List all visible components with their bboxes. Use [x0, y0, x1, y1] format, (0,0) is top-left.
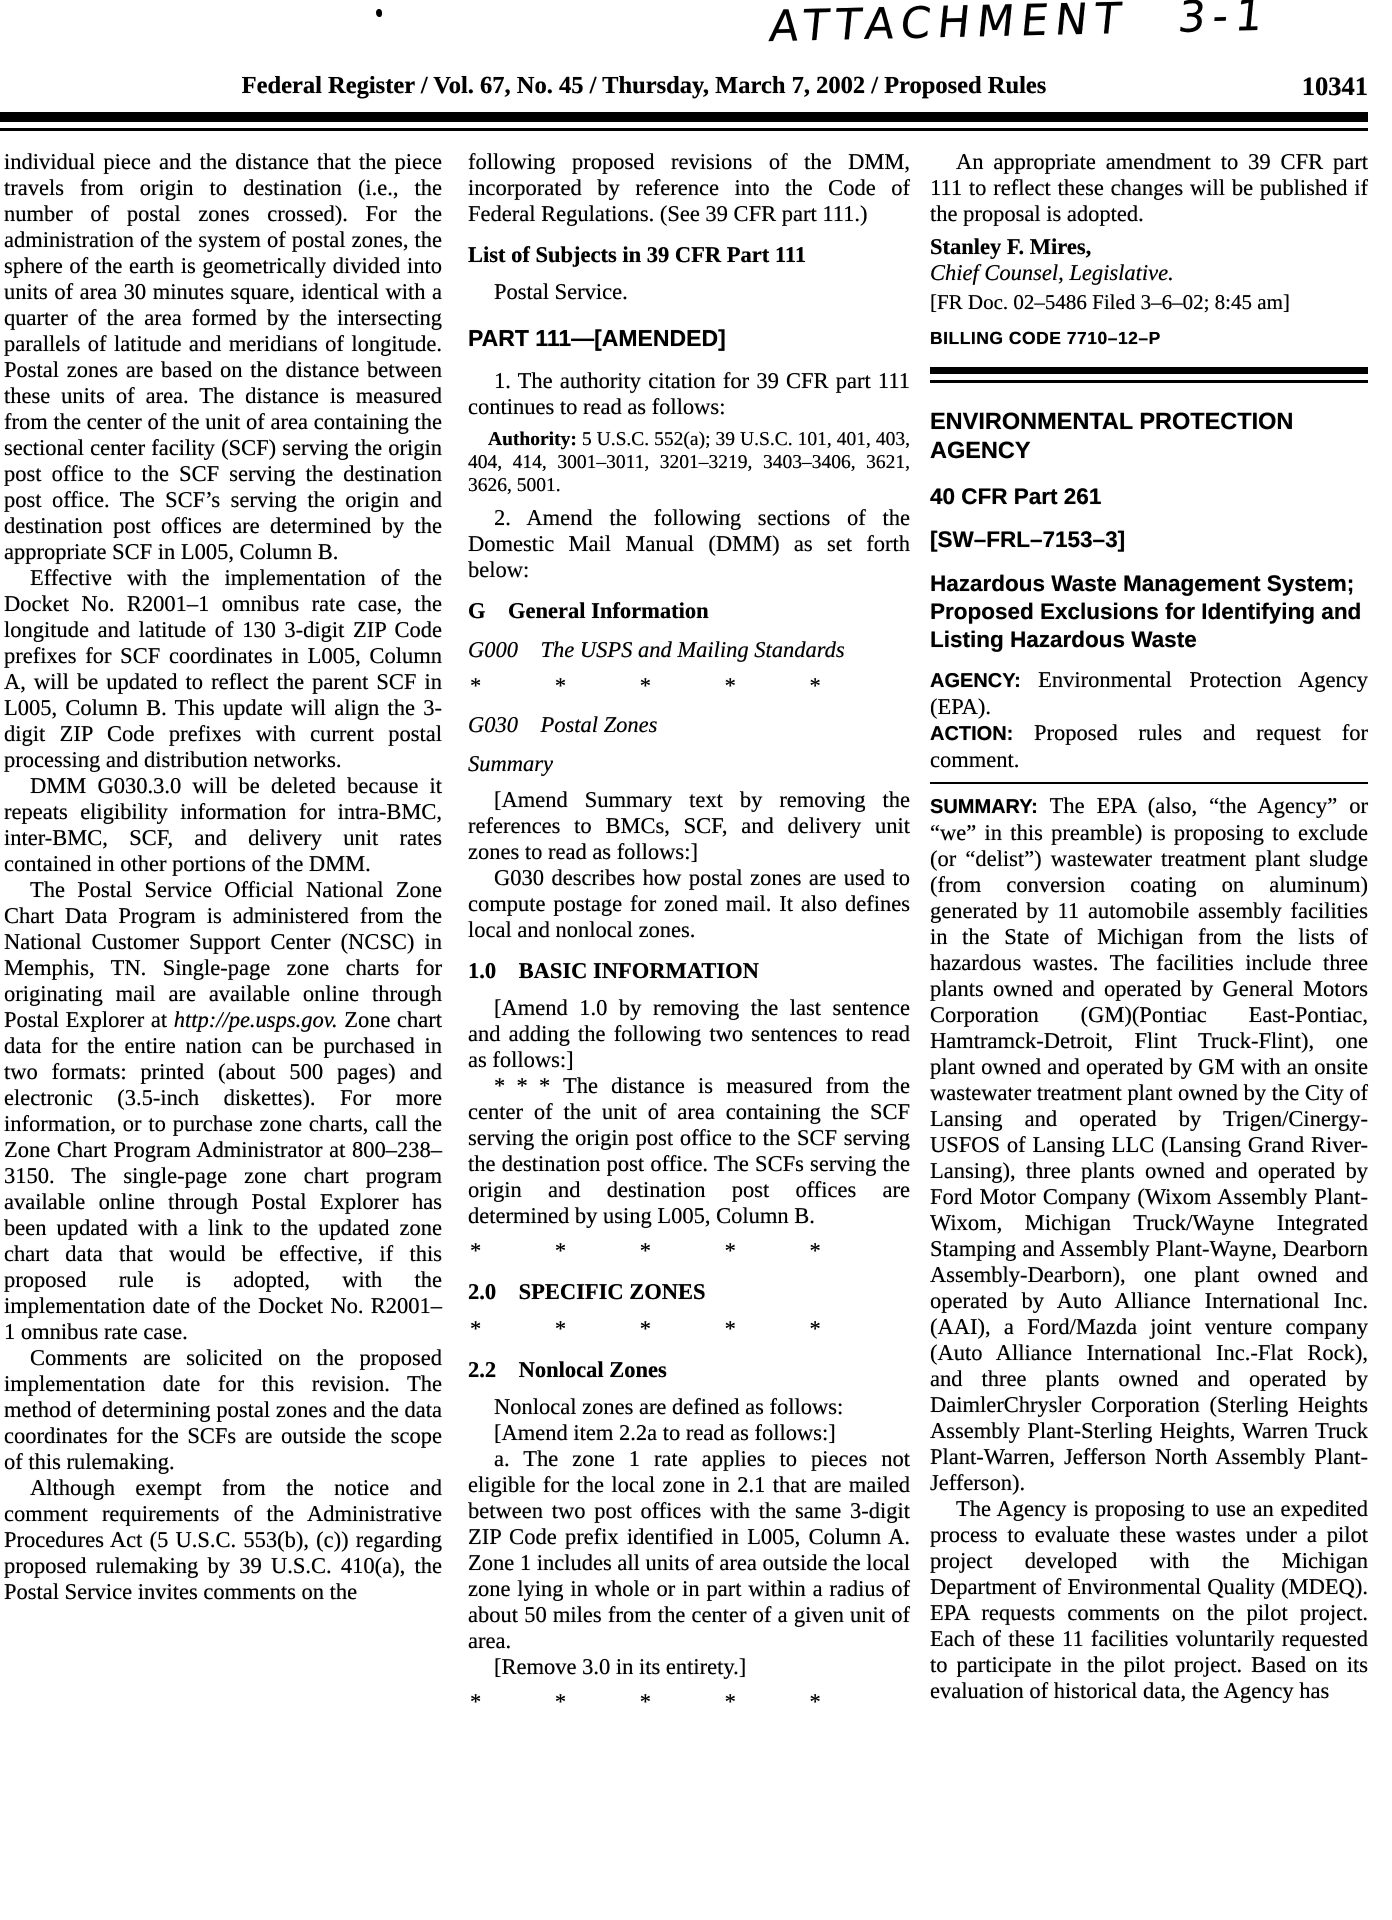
list-of-subjects-heading: List of Subjects in 39 CFR Part 111	[468, 242, 910, 268]
paragraph: The Agency is proposing to use an expedi…	[930, 1496, 1368, 1704]
handwritten-annotation: ATTACHMENT 3-1	[767, 0, 1392, 52]
stars-separator: * * * * *	[468, 1238, 910, 1264]
section-heading: 2.0 SPECIFIC ZONES	[468, 1279, 910, 1305]
right-column: An appropriate amendment to 39 CFR part …	[930, 149, 1368, 1704]
field-label: AGENCY:	[930, 670, 1038, 692]
agency-heading: ENVIRONMENTAL PROTECTION AGENCY	[930, 407, 1368, 465]
subject-term: Postal Service.	[468, 279, 910, 305]
paragraph: Comments are solicited on the proposed i…	[4, 1345, 442, 1475]
billing-code: BILLING CODE 7710–12–P	[930, 325, 1368, 351]
paragraph: An appropriate amendment to 39 CFR part …	[930, 149, 1368, 227]
amendment-instruction: [Amend item 2.2a to read as follows:]	[468, 1420, 910, 1446]
part-heading: PART 111—[AMENDED]	[468, 325, 910, 351]
signature-name: Stanley F. Mires,	[930, 234, 1368, 260]
field-label: ACTION:	[930, 723, 1034, 745]
text-run: http://pe.usps.gov.	[174, 1007, 338, 1032]
paragraph: a. The zone 1 rate applies to pieces not…	[468, 1446, 910, 1654]
subsection-heading: G030 Postal Zones	[468, 712, 910, 738]
cfr-part-heading: 40 CFR Part 261	[930, 484, 1368, 510]
paragraph: individual piece and the distance that t…	[4, 149, 442, 565]
stars-separator: * * * * *	[468, 1316, 910, 1342]
text-run: The EPA (also, “the Agency” or “we” in t…	[930, 793, 1368, 1495]
paragraph: * * * The distance is measured from the …	[468, 1073, 910, 1229]
text-run: Zone chart data for the entire nation ca…	[4, 1007, 442, 1344]
authority-note: Authority: 5 U.S.C. 552(a); 39 U.S.C. 10…	[468, 428, 910, 497]
amendment-instruction: [Remove 3.0 in its entirety.]	[468, 1654, 910, 1680]
subsection-heading: G000 The USPS and Mailing Standards	[468, 637, 910, 663]
summary-paragraph: SUMMARY: The EPA (also, “the Agency” or …	[930, 793, 1368, 1496]
docket-number: [SW–FRL–7153–3]	[930, 527, 1368, 553]
left-column: individual piece and the distance that t…	[4, 149, 442, 1605]
paragraph: Nonlocal zones are defined as follows:	[468, 1394, 910, 1420]
stars-separator: * * * * *	[468, 673, 910, 699]
paragraph: The Postal Service Official National Zon…	[4, 877, 442, 1345]
document-separator-rule	[930, 367, 1368, 383]
header-citation: Federal Register / Vol. 67, No. 45 / Thu…	[0, 72, 1288, 100]
amendment-instruction: 1. The authority citation for 39 CFR par…	[468, 368, 910, 420]
paragraph: G030 describes how postal zones are used…	[468, 865, 910, 943]
amendment-instruction: [Amend Summary text by removing the refe…	[468, 787, 910, 865]
text-run: Authority:	[488, 429, 577, 450]
agency-line: AGENCY: Environmental Protection Agency …	[930, 667, 1368, 720]
action-line: ACTION: Proposed rules and request for c…	[930, 720, 1368, 773]
header-rule-thick	[0, 112, 1368, 122]
amendment-instruction: 2. Amend the following sections of the D…	[468, 505, 910, 583]
fr-doc-line: [FR Doc. 02–5486 Filed 3–6–02; 8:45 am]	[930, 289, 1368, 315]
stars-separator: * * * * *	[468, 1689, 910, 1715]
header-rule-thin	[0, 128, 1368, 131]
section-heading: 1.0 BASIC INFORMATION	[468, 958, 910, 984]
ink-dot	[376, 9, 382, 17]
page-header: Federal Register / Vol. 67, No. 45 / Thu…	[0, 72, 1368, 106]
middle-column: following proposed revisions of the DMM,…	[468, 149, 910, 1726]
document-title: Hazardous Waste Management System; Propo…	[930, 570, 1368, 654]
paragraph: following proposed revisions of the DMM,…	[468, 149, 910, 227]
amendment-instruction: [Amend 1.0 by removing the last sentence…	[468, 995, 910, 1073]
subsection-heading: Summary	[468, 751, 910, 777]
journal-name: Federal Register	[242, 72, 415, 99]
issue-info: / Vol. 67, No. 45 / Thursday, March 7, 2…	[415, 72, 1047, 99]
section-heading: 2.2 Nonlocal Zones	[468, 1357, 910, 1383]
page-number: 10341	[1302, 71, 1368, 102]
paragraph: DMM G030.3.0 will be deleted because it …	[4, 773, 442, 877]
paragraph: Effective with the implementation of the…	[4, 565, 442, 773]
section-heading: G General Information	[468, 598, 910, 624]
field-label: SUMMARY:	[930, 796, 1050, 818]
paragraph: Although exempt from the notice and comm…	[4, 1475, 442, 1605]
document-page: ATTACHMENT 3-1 Federal Register / Vol. 6…	[0, 0, 1392, 1920]
summary-separator-rule	[930, 782, 1368, 784]
signature-title: Chief Counsel, Legislative.	[930, 260, 1368, 286]
